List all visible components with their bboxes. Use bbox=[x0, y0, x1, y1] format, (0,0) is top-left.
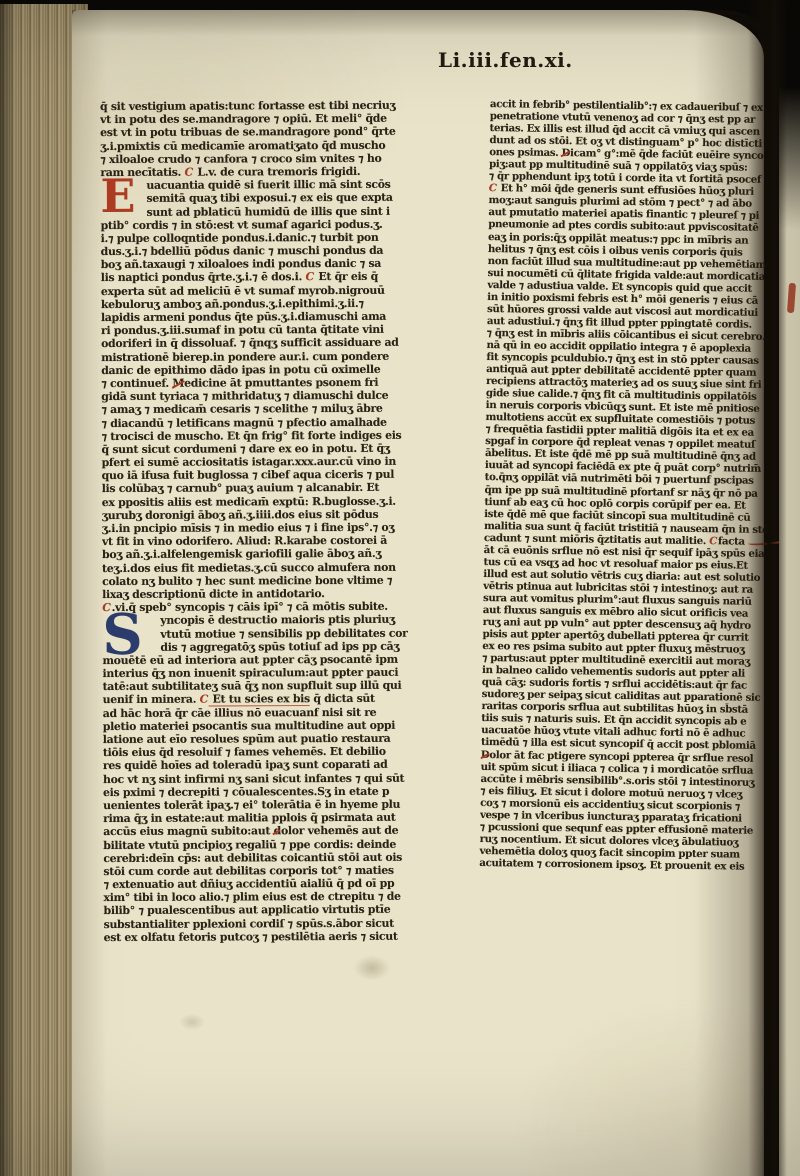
text-segment: res quidē hoīes ad toleradū ipaʒ sunt co… bbox=[103, 758, 388, 772]
text-segment: sunt ad pblaticū humidū de illis que sin… bbox=[146, 204, 389, 218]
rubric-pilcrow: C bbox=[305, 271, 314, 284]
text-segment: q̄ sit vestigium apatis:tunc fortasse es… bbox=[100, 99, 395, 113]
text-line: tatē:aut subtilitateʒ suā q̄ʒ non supflu… bbox=[103, 679, 439, 694]
text-segment: ⁊ amaʒ ⁊ medicam̄ cesaris ⁊ scelithe ⁊ m… bbox=[101, 402, 382, 416]
page-top-shadow bbox=[72, 10, 764, 36]
text-segment: dis ⁊ aggregatōʒ spūs totiuſ ad ips pp c… bbox=[160, 639, 399, 653]
text-segment: substantialiter pplexioni cordiſ ⁊ spūs.… bbox=[104, 916, 394, 930]
text-segment: semitā quaʒ tibi exposui.⁊ ex eis que ex… bbox=[146, 191, 392, 205]
text-segment: q̄ dicta sūt bbox=[310, 692, 375, 705]
text-segment: pfert ei sumē acciositatis istagar.xxx.a… bbox=[102, 455, 396, 469]
text-segment: vt fit in vino odorifero. Aliud: R.karab… bbox=[102, 534, 387, 548]
text-segment: boʒ añ.taxaugi ⁊ xiloaloes indi pondus d… bbox=[101, 257, 381, 271]
text-segment: ⁊ diacandū ⁊ letificans magnū ⁊ pfectio … bbox=[101, 415, 386, 429]
text-segment: eis pximi ⁊ decrepiti ⁊ cōualescentes.Sʒ… bbox=[103, 784, 389, 798]
illuminated-initial-e: E bbox=[100, 177, 135, 216]
text-segment: mistrationē bierep.in pondere aur.i. cum… bbox=[101, 349, 389, 363]
text-segment: vt in potu des se.mandragore ⁊ opiū. Et … bbox=[100, 112, 387, 126]
text-line: mistrationē bierep.in pondere aur.i. cum… bbox=[101, 349, 437, 364]
next-page-edge bbox=[779, 0, 800, 1176]
text-line: sunt ad pblaticū humidū de illis que sin… bbox=[100, 204, 436, 219]
text-segment: ex ppositis aliis est medicam̄ exptū: R.… bbox=[102, 494, 396, 508]
text-segment: colato nʒ bulito ⁊ hec sunt medicine bon… bbox=[102, 573, 392, 587]
text-segment: dus.ʒ.i.⁊ bdelliū pōdus danic ⁊ muschi p… bbox=[101, 244, 384, 258]
text-segment: ⁊ continuef. bbox=[101, 377, 172, 390]
text-segment: lis colūbaʒ ⁊ carnub° puaʒ auium ⁊ alcan… bbox=[102, 481, 380, 495]
text-segment: ptib° cordis ⁊ in stō:est vt sumaf agari… bbox=[101, 217, 383, 231]
text-column-right: accit in febrib° pestilentialib°:⁊ ex ca… bbox=[479, 98, 786, 882]
text-segment: yncopis ē destructio maioris ptis pluriu… bbox=[160, 613, 395, 627]
text-segment: interius q̄ʒ non inuenit spiraculum:aut … bbox=[102, 666, 398, 680]
text-line: quo iā ifusa fuit buglossa ⁊ cibef aqua … bbox=[102, 468, 438, 483]
text-line: colato nʒ bulito ⁊ hec sunt medicine bon… bbox=[102, 573, 438, 588]
text-line: gidā sunt tyriaca ⁊ mithridatuʒ ⁊ diamus… bbox=[101, 389, 437, 404]
text-segment: D bbox=[562, 147, 571, 159]
text-segment: uacuantia quidē si fuerit illic mā sint … bbox=[146, 178, 390, 192]
text-segment: xim° tibi in loco alio.⁊ plim eius est d… bbox=[103, 890, 400, 904]
text-segment: uenientes tolerāt ipaʒ.⁊ ei° tolerātia ē… bbox=[103, 798, 400, 812]
text-segment: boʒ añ.ʒ.i.alfelengemisk gariofili galie… bbox=[102, 547, 381, 561]
text-segment: Et tu scies ex bis bbox=[209, 693, 310, 707]
text-segment: odoriferi in q̄ dissoluaf. ⁊ q̄nqʒ suffi… bbox=[101, 336, 399, 350]
text-segment: ⁊ extenuatio aut dñiuʒ accidentiū aialiū… bbox=[103, 877, 394, 891]
text-line: ex ppositis aliis est medicam̄ exptū: R.… bbox=[102, 494, 438, 509]
text-segment: ri pondus.ʒ.iii.sumaf in potu cū tanta q… bbox=[101, 323, 384, 337]
text-segment: i.⁊ pulpe colloqntide pondus.i.danic.⁊ t… bbox=[101, 231, 379, 245]
text-segment: bilitate vtutū pncipioʒ regaliū ⁊ ppe co… bbox=[103, 837, 396, 851]
text-segment: vtutū motiue ⁊ sensibilis pp debilitates… bbox=[160, 626, 407, 640]
text-segment: experta sūt ad meliciū ē vt sumaf myrob.… bbox=[101, 283, 385, 297]
text-line: est vt in potu tribuas de se.mandragore … bbox=[100, 125, 436, 140]
text-segment: lapidis armeni pondus q̄te pūs.ʒ.i.diamu… bbox=[101, 310, 386, 324]
text-segment: .vi.q̄ speb° syncopis ⁊ cāis ipī° ⁊ cā m… bbox=[112, 600, 388, 614]
text-segment: q̄ sunt sicut cordumeni ⁊ dare ex eo in … bbox=[101, 442, 389, 456]
text-segment: ʒ.i.in pncipio mīsis ⁊ in medio eius ⁊ i… bbox=[102, 521, 394, 535]
text-segment: est ex olfatu fetoris putcoʒ ⁊ pestilēti… bbox=[104, 930, 398, 944]
book-photo-scene: Li.iii.fen.xi. q̄ sit vestigium apatis:t… bbox=[0, 0, 800, 1176]
text-line: est ex olfatu fetoris putcoʒ ⁊ pestilēti… bbox=[104, 929, 440, 944]
rubric-pilcrow: C bbox=[709, 535, 718, 547]
text-segment: D bbox=[481, 748, 490, 760]
text-segment: olor vehemēs aut de bbox=[281, 824, 398, 838]
text-segment: stōi cum corde aut debilitas corporis to… bbox=[103, 864, 393, 878]
text-segment: rima q̄ʒ in estate:aut malitia pplois q̄… bbox=[103, 811, 395, 825]
next-page-side-shadow bbox=[779, 0, 787, 1176]
text-segment: cerebri:deīn cp̄s: aut debilitas coicant… bbox=[103, 850, 402, 864]
gutter-shadow bbox=[748, 0, 782, 1176]
text-segment: latione aut eīo resolues spūm aut puatio… bbox=[103, 732, 391, 746]
text-segment: gidā sunt tyriaca ⁊ mithridatuʒ ⁊ diamus… bbox=[101, 389, 388, 403]
text-segment: ones psimas. bbox=[489, 146, 562, 159]
text-column-left: q̄ sit vestigium apatis:tunc fortasse es… bbox=[100, 99, 440, 950]
illuminated-initial-s: S bbox=[102, 612, 143, 660]
text-segment: mouētē eū ad interiora aut ppter cāʒ pso… bbox=[102, 653, 397, 667]
text-segment: ad hāc horā q̄r cāe illius nō euacuanf n… bbox=[103, 705, 377, 719]
rubric-pilcrow: C bbox=[489, 182, 498, 194]
text-segment: Et q̄r eis q̄ bbox=[315, 270, 378, 283]
text-segment: est vt in potu tribuas de se.mandragore … bbox=[100, 125, 395, 139]
text-segment: lixaʒ descriptionū dicte in antidotario. bbox=[102, 587, 325, 601]
text-segment: uenif in minera. bbox=[103, 693, 200, 706]
text-segment: pletio materiei psocantis sua multitudin… bbox=[103, 719, 395, 733]
text-segment: tatē:aut subtilitateʒ suā q̄ʒ non supflu… bbox=[103, 679, 402, 693]
text-segment: ʒ.i.pmixtis cū medicamīe aromatiʒato q̄d… bbox=[100, 138, 385, 152]
text-segment: accūs eius magnū subito:aut bbox=[103, 825, 273, 839]
text-segment: ⁊ trocisci de muscho. Et q̄n frig° fit f… bbox=[101, 428, 401, 442]
text-segment: facta bbox=[718, 535, 745, 547]
text-segment: lis naptici pondus q̄rte.ʒ.i.⁊ ē dos.i. bbox=[101, 271, 306, 285]
text-segment: d bbox=[274, 825, 281, 838]
text-segment: acuitatem ⁊ corrosionem ipsoʒ. Et prouen… bbox=[479, 857, 744, 873]
rubric-pilcrow: C bbox=[184, 166, 193, 179]
text-segment: ʒurubʒ doronigi āboʒ añ.ʒ.iiii.dos eius … bbox=[102, 508, 379, 522]
text-segment: teʒ.i.dos eius fit medietas.ʒ.cū succo a… bbox=[102, 560, 396, 574]
text-segment: danic de epithimo dādo ipas in potu cū o… bbox=[101, 363, 380, 377]
text-segment: bilib° ⁊ pualescentibus aut applicatio v… bbox=[104, 903, 391, 917]
text-segment: L.v. de cura tremoris frigidi. bbox=[194, 165, 360, 179]
text-segment: hoc vt nʒ sint infirmi nʒ sani sicut inf… bbox=[103, 771, 404, 785]
text-segment: edicine āt pmuttantes psonem fri bbox=[184, 376, 378, 390]
text-segment: M bbox=[172, 377, 184, 390]
book-page: Li.iii.fen.xi. q̄ sit vestigium apatis:t… bbox=[72, 10, 764, 1176]
text-segment: quo iā ifusa fuit buglossa ⁊ cibef aqua … bbox=[102, 468, 394, 482]
text-segment: kebuloruʒ amboʒ añ.pondus.ʒ.i.epithimi.ʒ… bbox=[101, 297, 364, 311]
text-segment: ⁊ xiloaloe crudo ⁊ canfora ⁊ croco sim v… bbox=[100, 152, 381, 166]
text-line: ʒ.i.in pncipio mīsis ⁊ in medio eius ⁊ i… bbox=[102, 521, 438, 536]
text-segment: tiōis eius q̄d resoluif ⁊ fames vehemēs.… bbox=[103, 745, 386, 759]
folio-header: Li.iii.fen.xi. bbox=[438, 48, 658, 72]
text-line: latione aut eīo resolues spūm aut puatio… bbox=[103, 732, 439, 747]
